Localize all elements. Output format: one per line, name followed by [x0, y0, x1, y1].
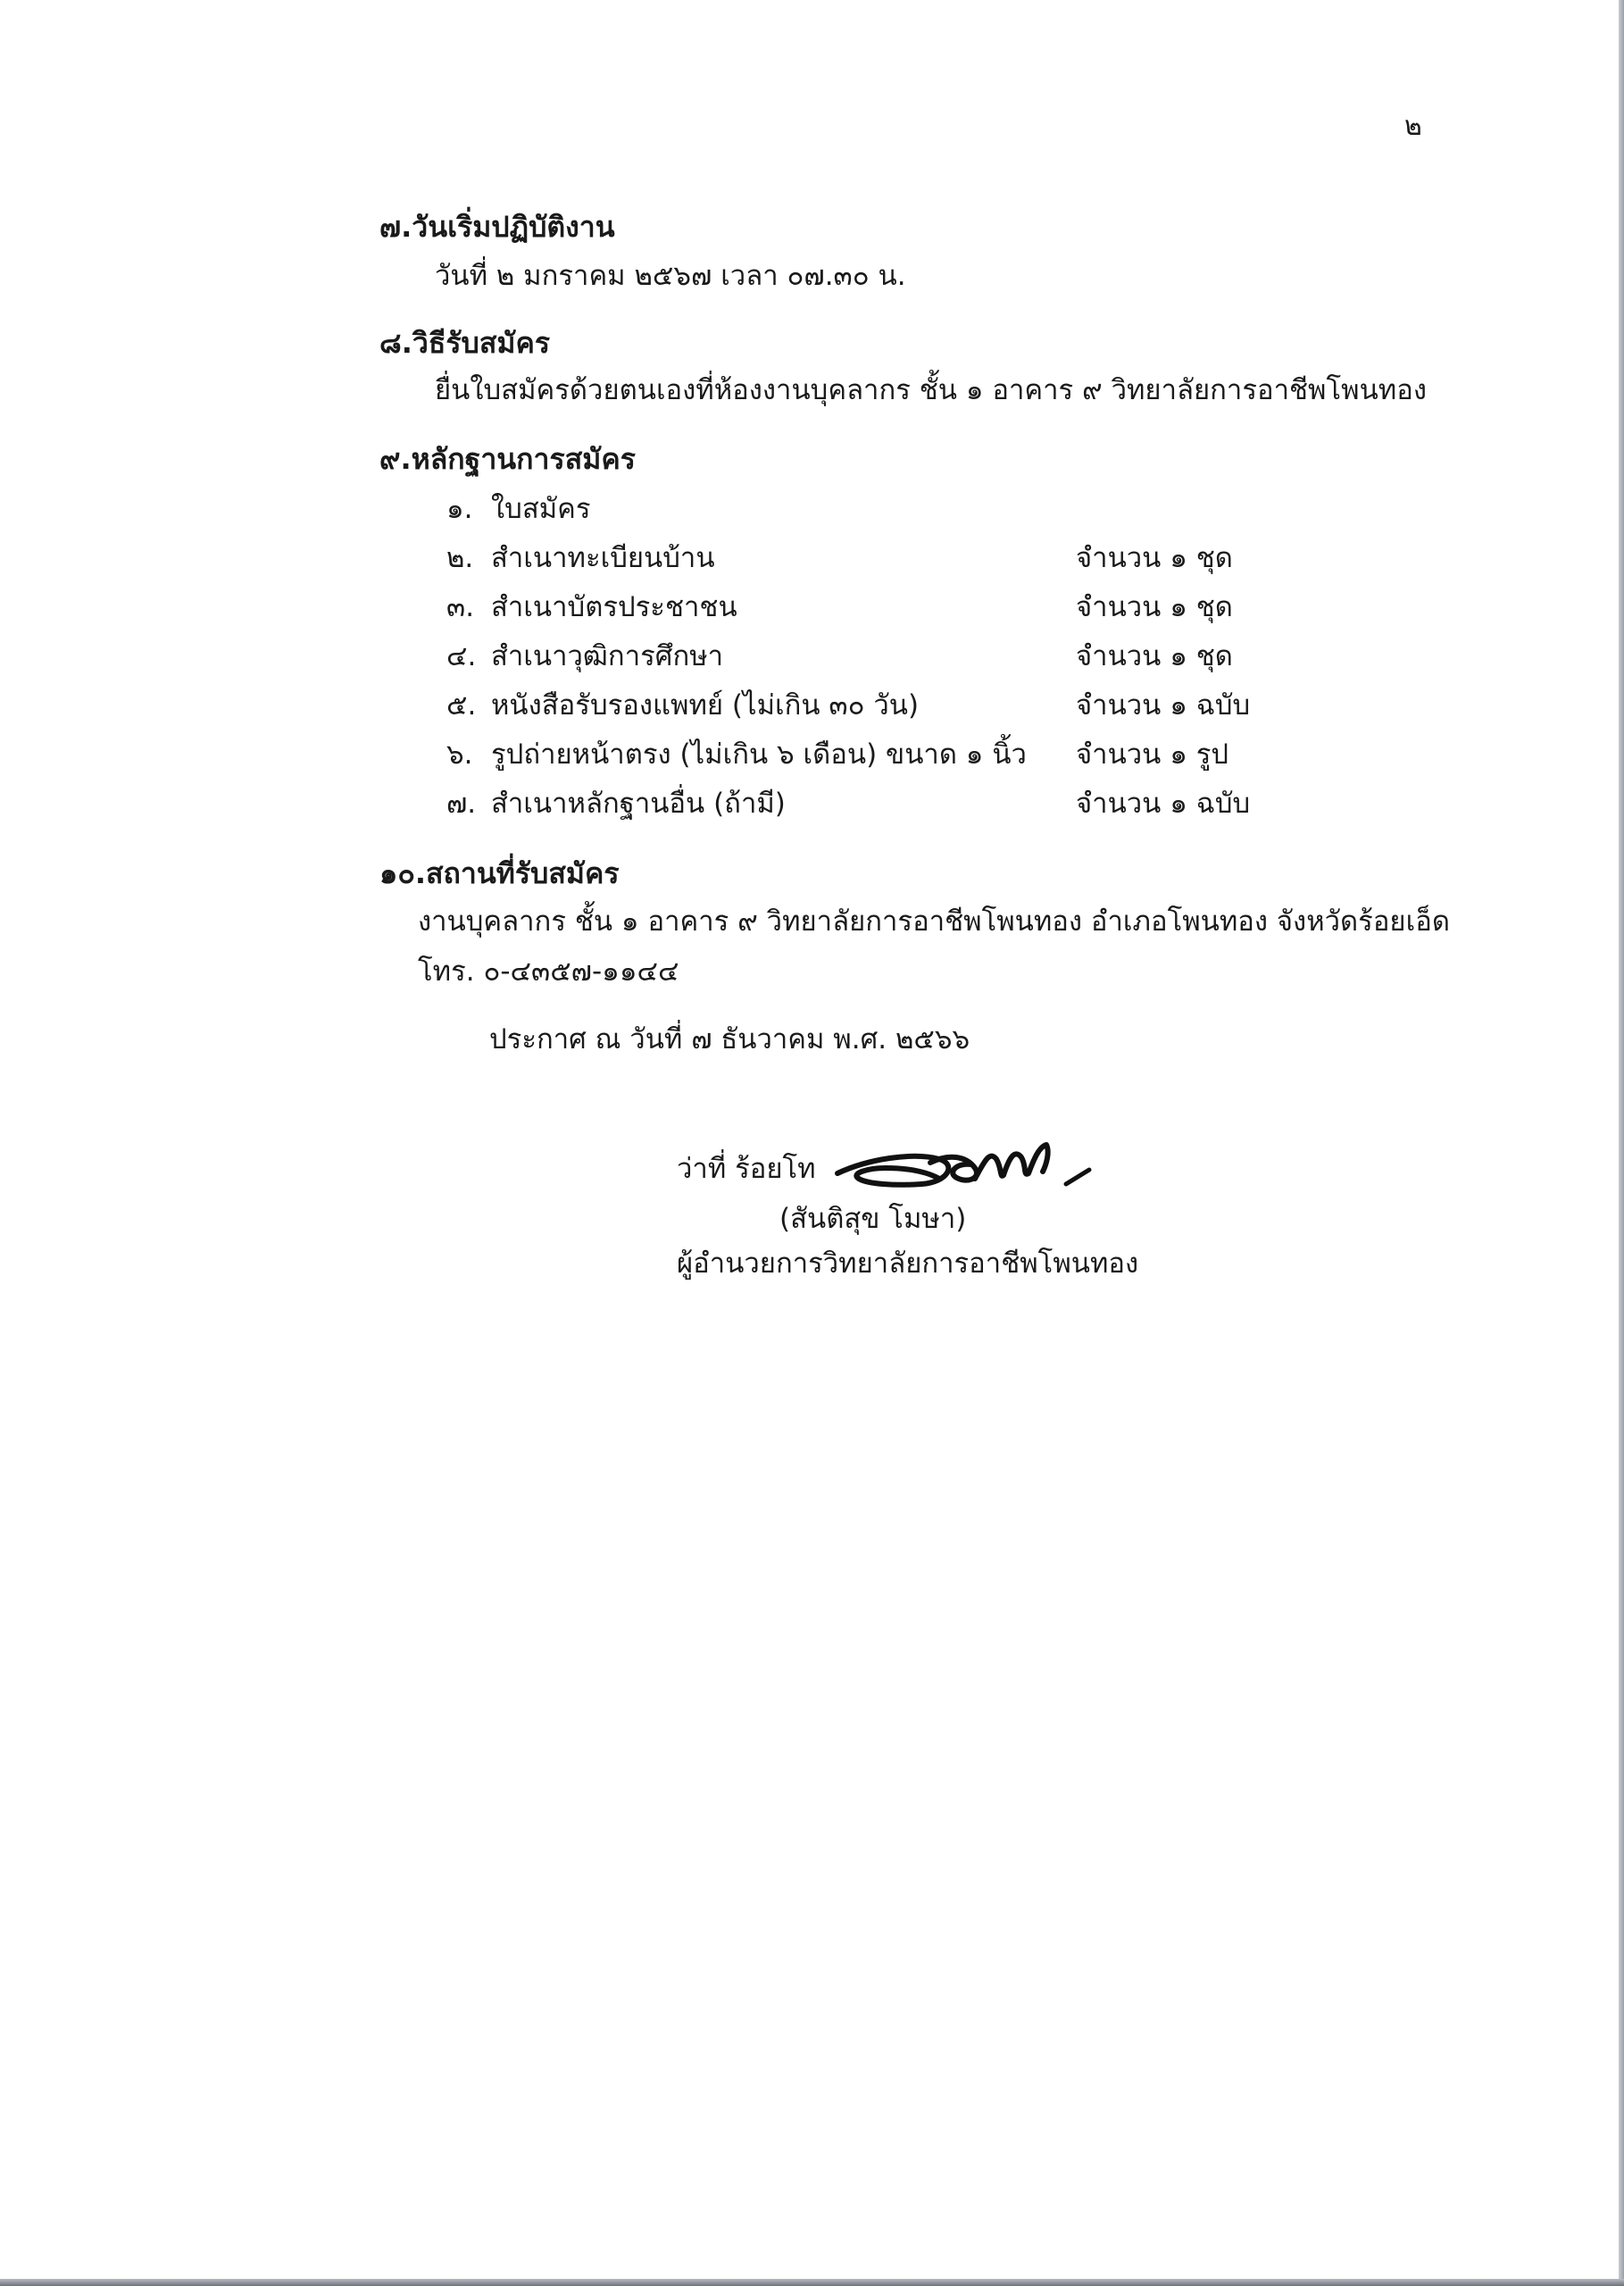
document-item-text: รูปถ่ายหน้าตรง (ไม่เกิน ๖ เดือน) ขนาด ๑ …	[491, 735, 1027, 774]
document-item-quantity: จำนวน ๑ ชุด	[1076, 588, 1233, 627]
document-item: ๕. หนังสือรับรองแพทย์ (ไม่เกิน ๓๐ วัน) จ…	[446, 686, 1339, 725]
document-item-text: สำเนาหลักฐานอื่น (ถ้ามี)	[491, 784, 786, 823]
section-application-method-heading: ๘.วิธีรับสมัคร	[379, 323, 550, 363]
document-item-number: ๖.	[446, 735, 473, 774]
document-item: ๔. สำเนาวุฒิการศึกษา จำนวน ๑ ชุด	[446, 637, 1339, 676]
document-item-number: ๓.	[446, 588, 474, 627]
section-application-method-text: ยื่นใบสมัครด้วยตนเองที่ห้องงานบุคลากร ชั…	[435, 371, 1427, 410]
document-item: ๖. รูปถ่ายหน้าตรง (ไม่เกิน ๖ เดือน) ขนาด…	[446, 735, 1339, 774]
document-item: ๓. สำเนาบัตรประชาชน จำนวน ๑ ชุด	[446, 588, 1339, 627]
section-start-date-text: วันที่ ๒ มกราคม ๒๕๖๗ เวลา ๐๗.๓๐ น.	[435, 256, 906, 296]
document-item-text: สำเนาทะเบียนบ้าน	[491, 538, 715, 578]
document-item-number: ๑.	[446, 489, 473, 529]
announcement-date: ประกาศ ณ วันที่ ๗ ธันวาคม พ.ศ. ๒๕๖๖	[489, 1020, 970, 1059]
document-item: ๒. สำเนาทะเบียนบ้าน จำนวน ๑ ชุด	[446, 538, 1339, 578]
document-item-number: ๔.	[446, 637, 476, 676]
section-application-place-heading: ๑๐.สถานที่รับสมัคร	[379, 854, 620, 893]
document-item-text: ใบสมัคร	[491, 489, 591, 529]
section-application-place-phone: โทร. ๐-๔๓๕๗-๑๑๔๔	[418, 952, 679, 991]
section-application-place-address: งานบุคลากร ชั้น ๑ อาคาร ๙ วิทยาลัยการอาช…	[418, 902, 1450, 941]
document-item-text: สำเนาวุฒิการศึกษา	[491, 637, 723, 676]
document-item-text: สำเนาบัตรประชาชน	[491, 588, 737, 627]
document-item-number: ๕.	[446, 686, 476, 725]
page-number: ๒	[1404, 109, 1422, 145]
section-documents-heading: ๙.หลักฐานการสมัคร	[379, 439, 636, 479]
document-item: ๗. สำเนาหลักฐานอื่น (ถ้ามี) จำนวน ๑ ฉบับ	[446, 784, 1339, 823]
document-item-quantity: จำนวน ๑ ชุด	[1076, 637, 1233, 676]
document-item-text: หนังสือรับรองแพทย์ (ไม่เกิน ๓๐ วัน)	[491, 686, 919, 725]
scan-edge-bottom	[0, 2279, 1624, 2286]
signatory-position: ผู้อำนวยการวิทยาลัยการอาชีพโพนทอง	[677, 1244, 1138, 1283]
document-item: ๑. ใบสมัคร	[446, 489, 1339, 529]
document-page: ๒ ๗.วันเริ่มปฏิบัติงาน วันที่ ๒ มกราคม ๒…	[0, 0, 1624, 2286]
document-item-number: ๒.	[446, 538, 473, 578]
signatory-rank: ว่าที่ ร้อยโท	[677, 1149, 816, 1189]
document-item-quantity: จำนวน ๑ ฉบับ	[1076, 686, 1250, 725]
document-item-number: ๗.	[446, 784, 476, 823]
document-item-quantity: จำนวน ๑ ฉบับ	[1076, 784, 1250, 823]
section-start-date-heading: ๗.วันเริ่มปฏิบัติงาน	[379, 207, 615, 246]
document-item-quantity: จำนวน ๑ ชุด	[1076, 538, 1233, 578]
signatory-name: (สันติสุข โมษา)	[779, 1199, 966, 1239]
handwritten-signature-icon	[832, 1132, 1100, 1204]
document-item-quantity: จำนวน ๑ รูป	[1076, 735, 1228, 774]
scan-edge-right	[1619, 0, 1624, 2286]
